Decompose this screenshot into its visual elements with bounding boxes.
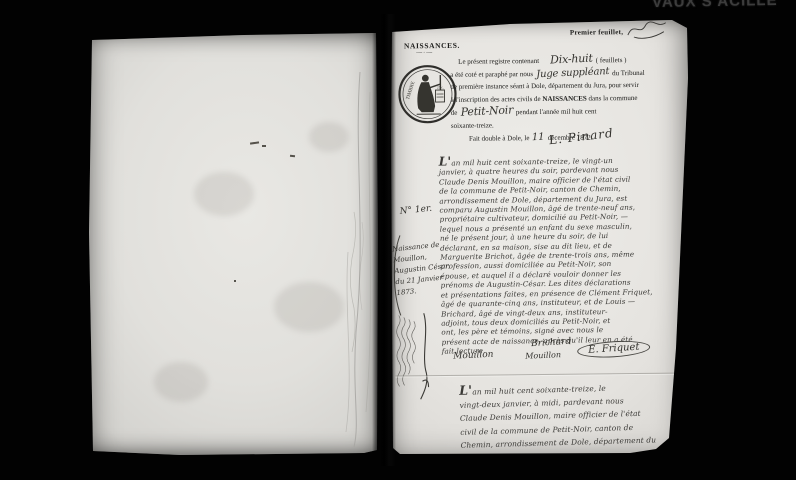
folio-paraph-flourish	[626, 19, 670, 41]
stamp-tablet	[435, 90, 444, 102]
page-stain	[194, 172, 254, 216]
book-gutter-shadow	[372, 14, 396, 466]
hand-insert-commune: Petit-Noir	[460, 104, 513, 119]
decl-text: Fait double à Dole, le	[469, 134, 530, 143]
declaration-line: soixante-treize.	[451, 117, 679, 132]
stamp-value: 25 c.	[437, 85, 444, 89]
heading-ornament: —·—	[416, 50, 433, 56]
marginal-note-scribble	[393, 311, 432, 403]
decl-text: du Tribunal	[612, 68, 645, 76]
register-page-content: Premier feuillet, NAISSANCES. —·— TIMBRE…	[388, 16, 693, 459]
act-number-label: N° 1er.	[399, 204, 432, 217]
decl-text: à l'inscription des actes civils de	[451, 94, 541, 103]
premier-feuillet-label: Premier feuillet,	[570, 28, 624, 37]
decl-text: a été coté et paraphé par nous	[450, 70, 533, 79]
ink-speck	[234, 280, 236, 282]
act1-text: L'an mil huit cent soixante-treize, le v…	[439, 154, 676, 356]
page-stain	[154, 362, 208, 402]
decl-naissances-bold: NAISSANCES	[542, 94, 586, 102]
signature-mouillon-mayor: Mouillon	[453, 350, 494, 362]
fold-crease	[395, 373, 675, 377]
naissances-heading: NAISSANCES.	[404, 41, 460, 51]
decl-text: de	[451, 109, 458, 117]
clipped-watermark-text: VAUX S ACILLE	[652, 0, 778, 11]
decl-text: Le présent registre contenant	[458, 57, 539, 66]
stamp-figure	[422, 75, 429, 82]
decl-text: pendant l'année mil huit cent	[516, 107, 597, 116]
marginal-signature-flourish	[420, 313, 429, 399]
stamp-timbre-label: TIMBRE	[406, 81, 416, 101]
hand-insert-day: 11	[532, 132, 545, 145]
left-blank-page	[84, 32, 378, 458]
register-page: Premier feuillet, NAISSANCES. —·— TIMBRE…	[390, 18, 690, 458]
ink-speck	[250, 141, 259, 144]
act2-text: L'an mil huit cent soixante-treize, le v…	[459, 378, 693, 451]
ink-speck	[262, 145, 266, 147]
signature-mouillon-father: Mouillon	[525, 350, 561, 361]
decl-text: ( feuillets )	[596, 56, 627, 64]
hand-insert-feuillets-count: Dix-huit	[542, 53, 593, 68]
scan-viewer[interactable]: VAUX S ACILLE Premier feuillet, NAISSANC	[0, 0, 796, 480]
hand-insert-judge: Juge suppléant	[536, 65, 610, 81]
declaration-line: a été coté et paraphé par nousJuge suppl…	[450, 66, 678, 81]
ink-speck	[290, 155, 295, 158]
decl-text: dans la commune	[588, 93, 637, 102]
